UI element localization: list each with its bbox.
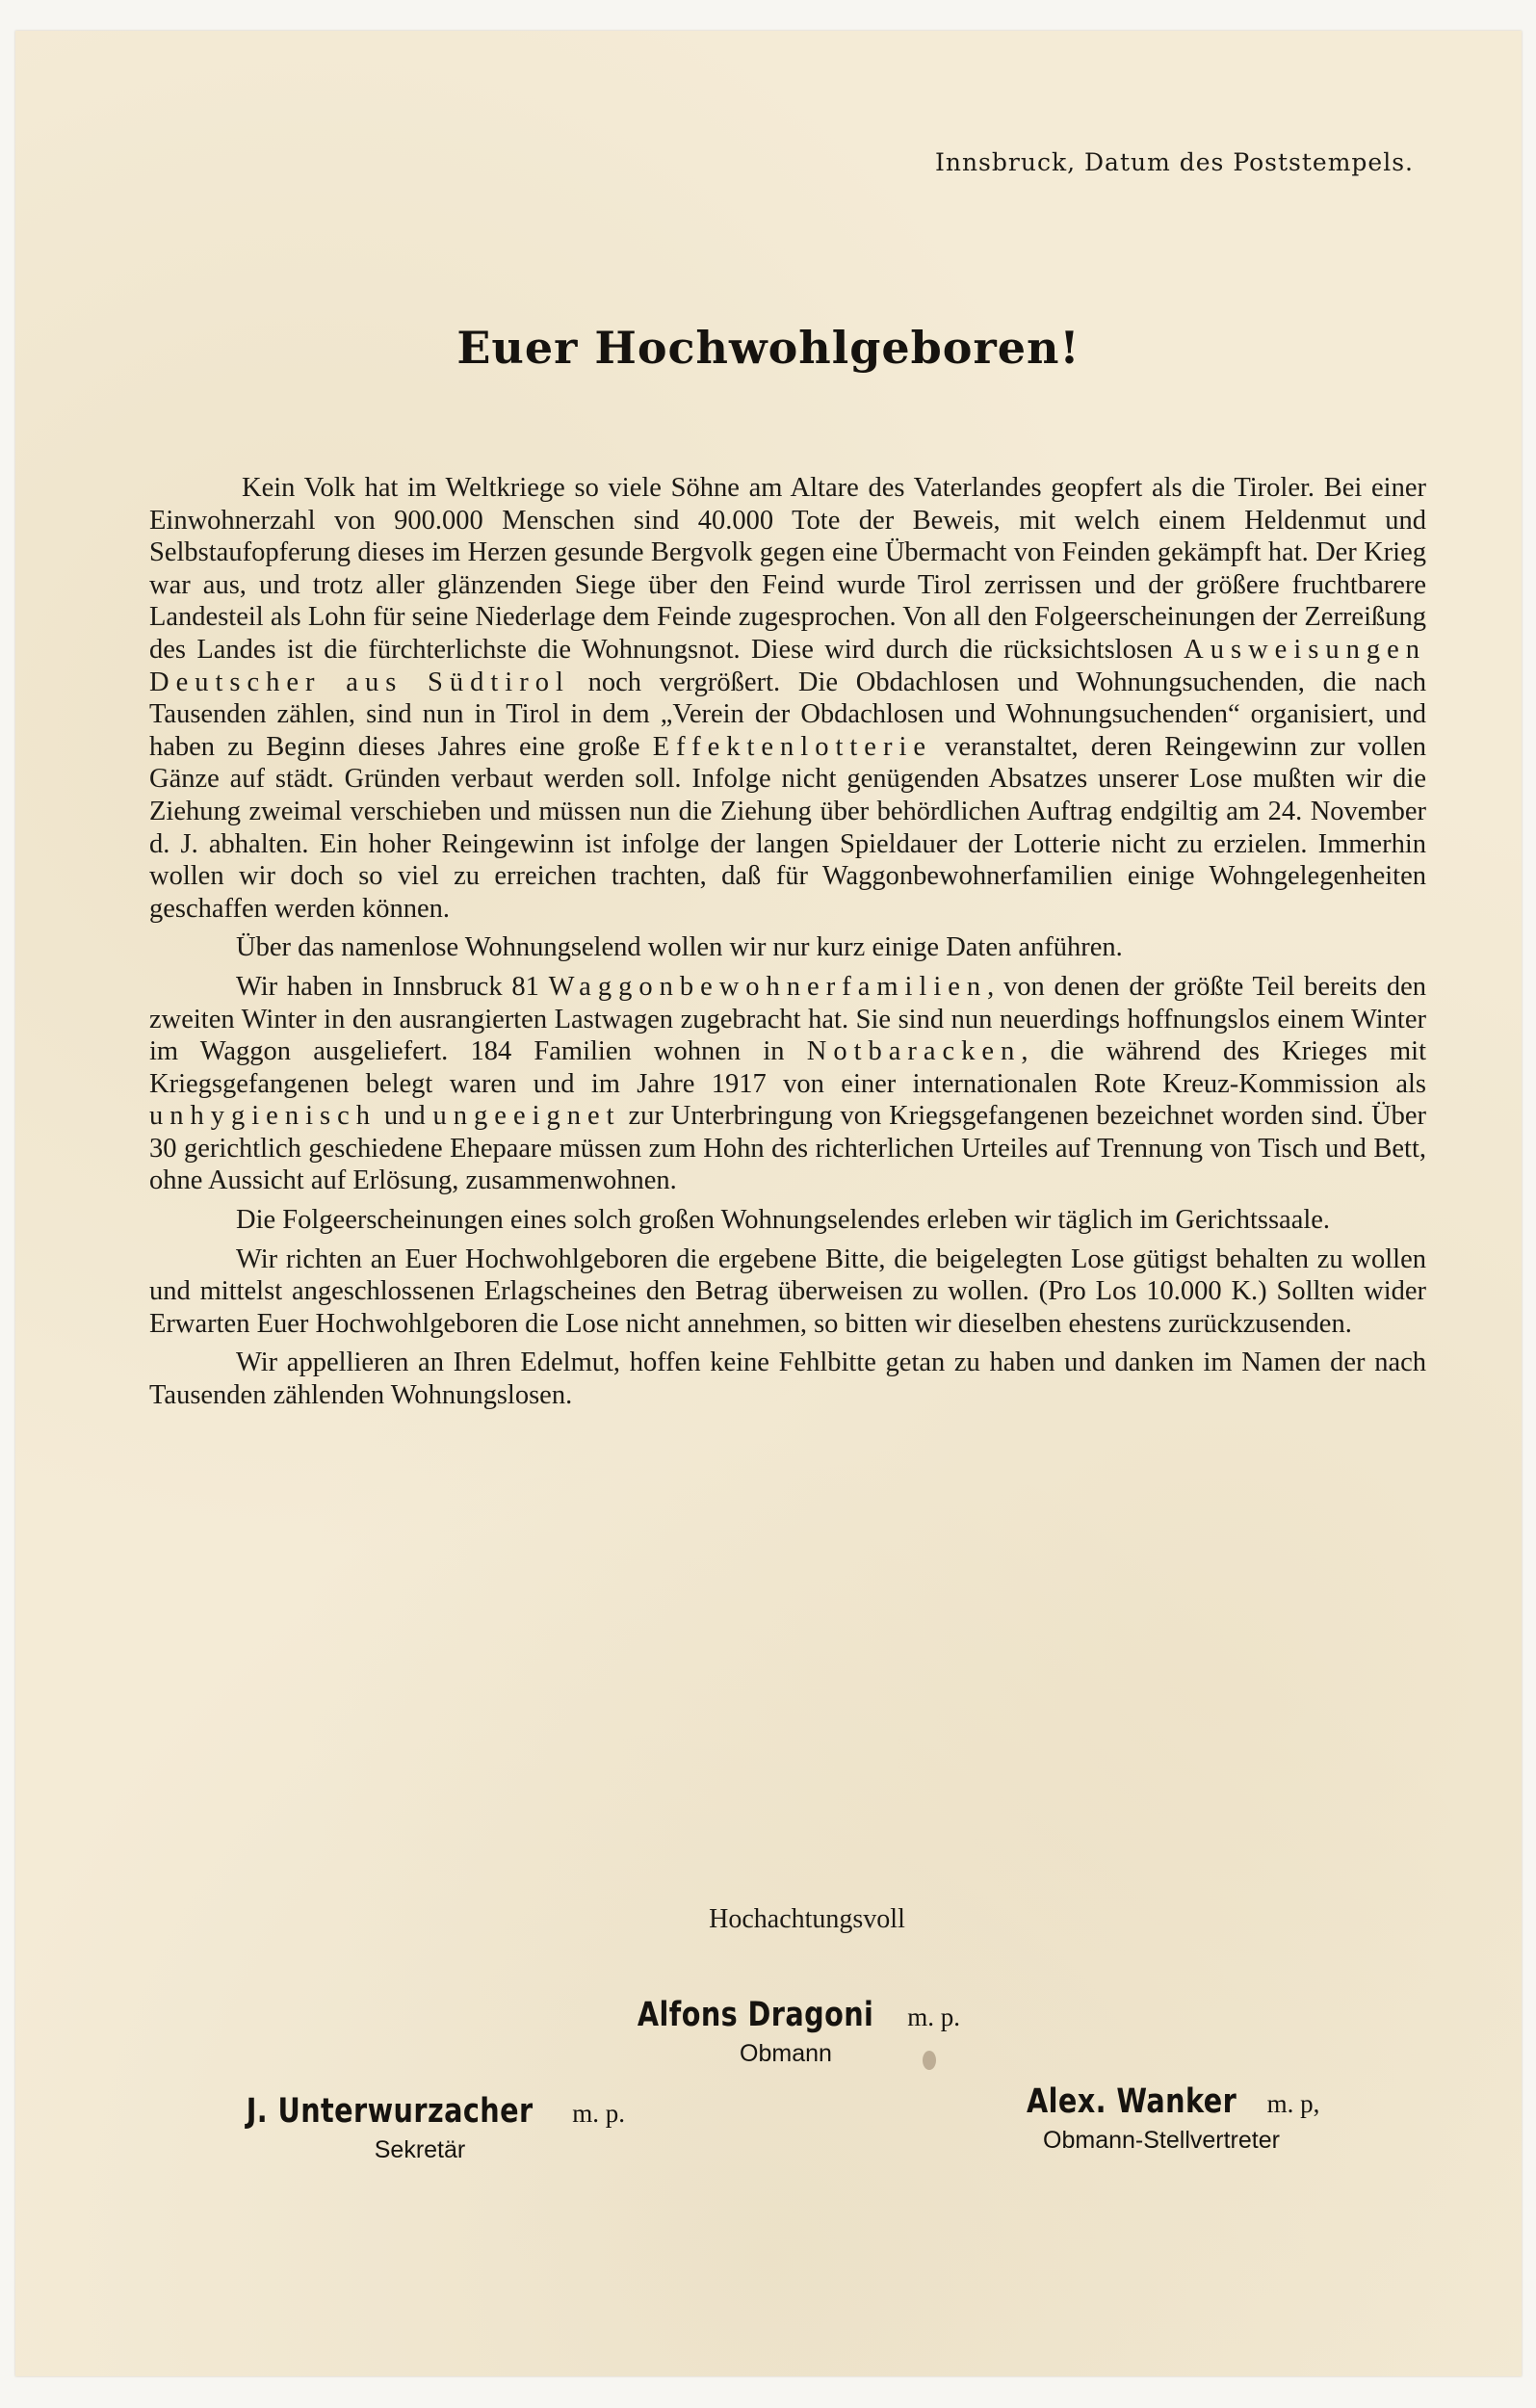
emphasized-text: Waggonbewohnerfamilien (549, 972, 988, 1002)
signatory-role: Obmann-Stellvertreter (940, 2127, 1383, 2155)
emphasized-text: Notbaracken (807, 1036, 1022, 1066)
text-segment: Die Folgeerscheinungen eines solch große… (236, 1205, 1330, 1235)
signatory-role: Sekretär (179, 2136, 661, 2164)
emphasized-text: Effektenlotterie (653, 732, 932, 762)
emphasized-text: unhygienisch (149, 1101, 377, 1131)
paragraph-3: Wir haben in Innsbruck 81 Waggonbewohner… (149, 971, 1426, 1197)
text-segment: Wir richten an Euer Hochwohlgeboren die … (149, 1244, 1426, 1339)
signature-chair: Alfons Dragoni m. p. Obmann (555, 1996, 1017, 2068)
signatory-suffix: m. p, (1267, 2089, 1320, 2118)
letter-page: Innsbruck, Datum des Poststempels. Euer … (15, 31, 1522, 2376)
paragraph-6: Wir appellieren an Ihren Edelmut, hoffen… (149, 1347, 1426, 1411)
emphasized-text: ungeeignet (433, 1101, 621, 1131)
paragraph-5: Wir richten an Euer Hochwohlgeboren die … (149, 1243, 1426, 1341)
signatory-name: Alex. Wanker (1027, 2082, 1237, 2121)
signature-deputy: Alex. Wanker m. p, Obmann-Stellvertreter (940, 2082, 1383, 2155)
paragraph-1: Kein Volk hat im Weltkriege so viele Söh… (149, 472, 1426, 925)
text-segment: Wir haben in Innsbruck 81 (236, 972, 549, 1002)
letter-body: Kein Volk hat im Weltkriege so viele Söh… (149, 472, 1426, 1419)
paper-stain (923, 2051, 936, 2070)
paragraph-4: Die Folgeerscheinungen eines solch große… (149, 1204, 1426, 1237)
text-segment: Über das namenlose Wohnungselend wollen … (236, 932, 1123, 962)
signatory-suffix: m. p. (572, 2099, 625, 2128)
salutation-heading: Euer Hochwohlgeboren! (15, 322, 1522, 374)
closing-phrase: Hochachtungsvoll (15, 1904, 1522, 1935)
text-segment: und (377, 1101, 433, 1131)
paragraph-2: Über das namenlose Wohnungselend wollen … (149, 931, 1426, 964)
signatory-suffix: m. p. (907, 2002, 960, 2031)
place-date-line: Innsbruck, Datum des Poststempels. (935, 148, 1414, 176)
text-segment: Wir appellieren an Ihren Edelmut, hoffen… (149, 1348, 1426, 1410)
signatory-role: Obmann (555, 2040, 1017, 2068)
signatory-name: Alfons Dragoni (638, 1996, 873, 2034)
signature-secretary: J. Unterwurzacher m. p. Sekretär (179, 2092, 661, 2164)
signatory-name: J. Unterwurzacher (247, 2092, 534, 2131)
